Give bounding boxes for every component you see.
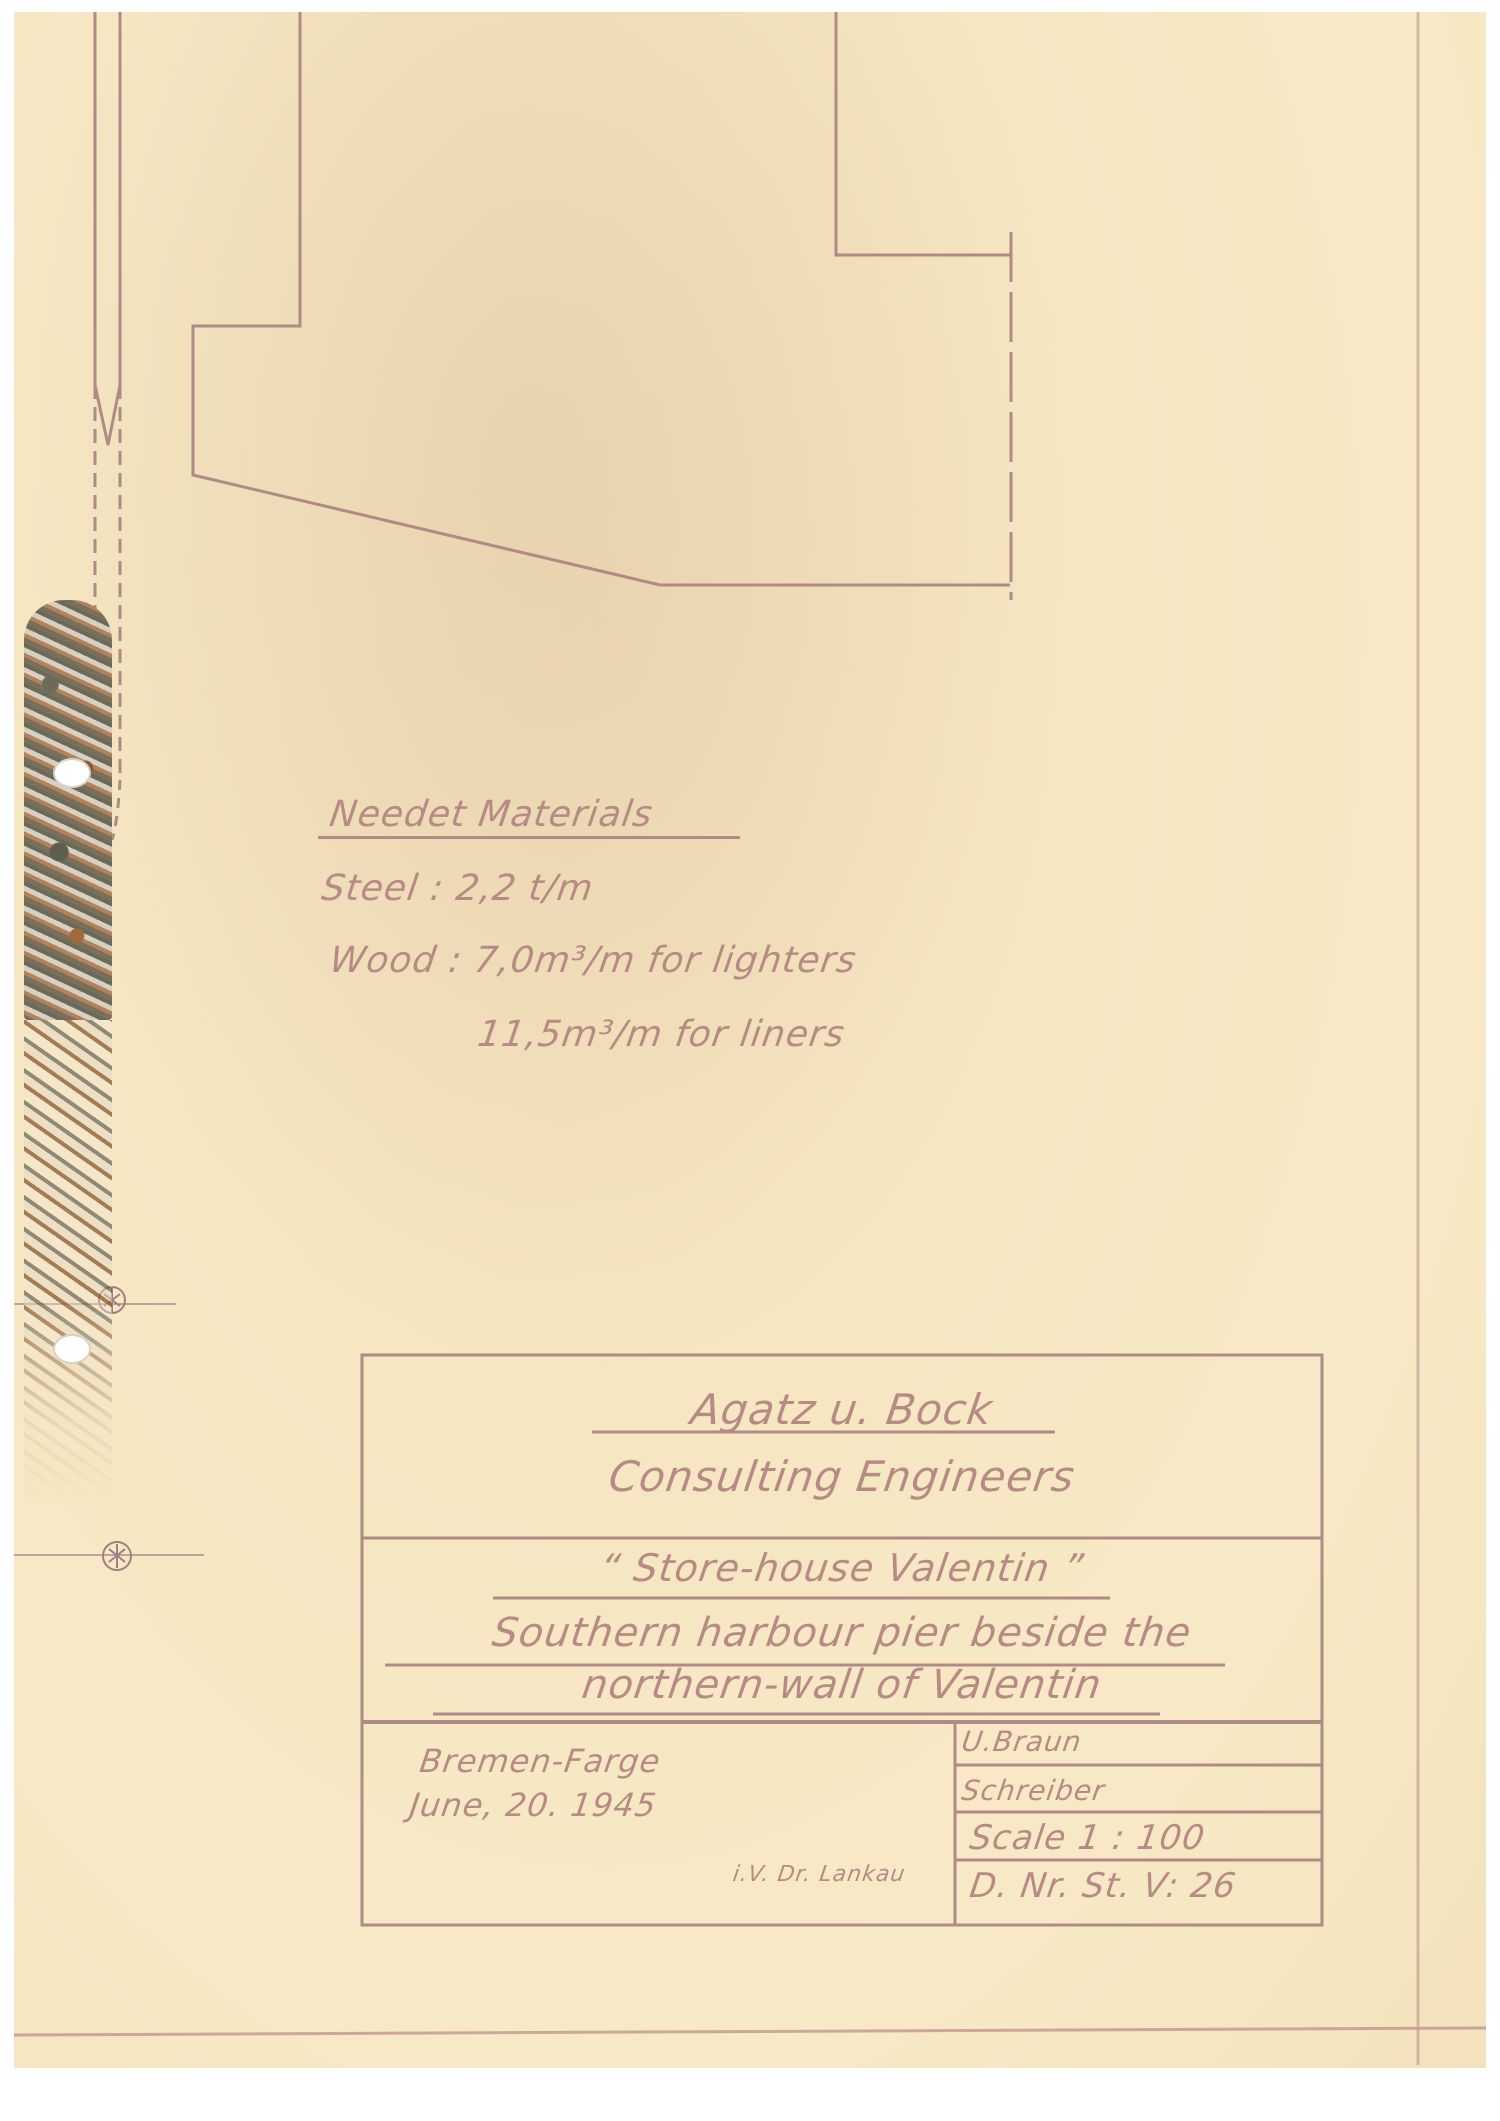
punch-hole-icon bbox=[55, 760, 89, 786]
date: June, 20. 1945 bbox=[407, 1786, 659, 1824]
material-wood-liners: 11,5m³/m for liners bbox=[475, 1014, 848, 1055]
signature: i.V. Dr. Lankau bbox=[731, 1862, 907, 1887]
scale: Scale 1 : 100 bbox=[967, 1818, 1208, 1858]
rust-fade bbox=[24, 1300, 112, 1500]
company-subtitle: Consulting Engineers bbox=[359, 1452, 1326, 1501]
project-name: “ Store-house Valentin ” bbox=[359, 1546, 1325, 1590]
pier-outline bbox=[193, 12, 1010, 585]
material-wood-lighters: Wood : 7,0m³/m for lighters bbox=[327, 940, 859, 981]
drawing-number: D. Nr. St. V: 26 bbox=[967, 1866, 1239, 1906]
punch-hole-icon bbox=[55, 1336, 89, 1362]
rust-stain bbox=[24, 600, 112, 1020]
materials-title: Needet Materials bbox=[327, 794, 656, 835]
approval-signature-2: Schreiber bbox=[960, 1774, 1108, 1807]
drawing-description-line-2: northern-wall of Valentin bbox=[359, 1662, 1325, 1708]
material-steel: Steel : 2,2 t/m bbox=[319, 868, 596, 909]
materials-title-underline bbox=[318, 836, 740, 839]
approval-signature-1: U.Braun bbox=[960, 1725, 1084, 1758]
company-name: Agatz u. Bock bbox=[359, 1385, 1326, 1434]
drawing-description-line-1: Southern harbour pier beside the bbox=[359, 1610, 1325, 1656]
drawing-line-left-outer bbox=[95, 12, 120, 445]
technical-drawing bbox=[0, 0, 1500, 2121]
place: Bremen-Farge bbox=[417, 1742, 663, 1780]
